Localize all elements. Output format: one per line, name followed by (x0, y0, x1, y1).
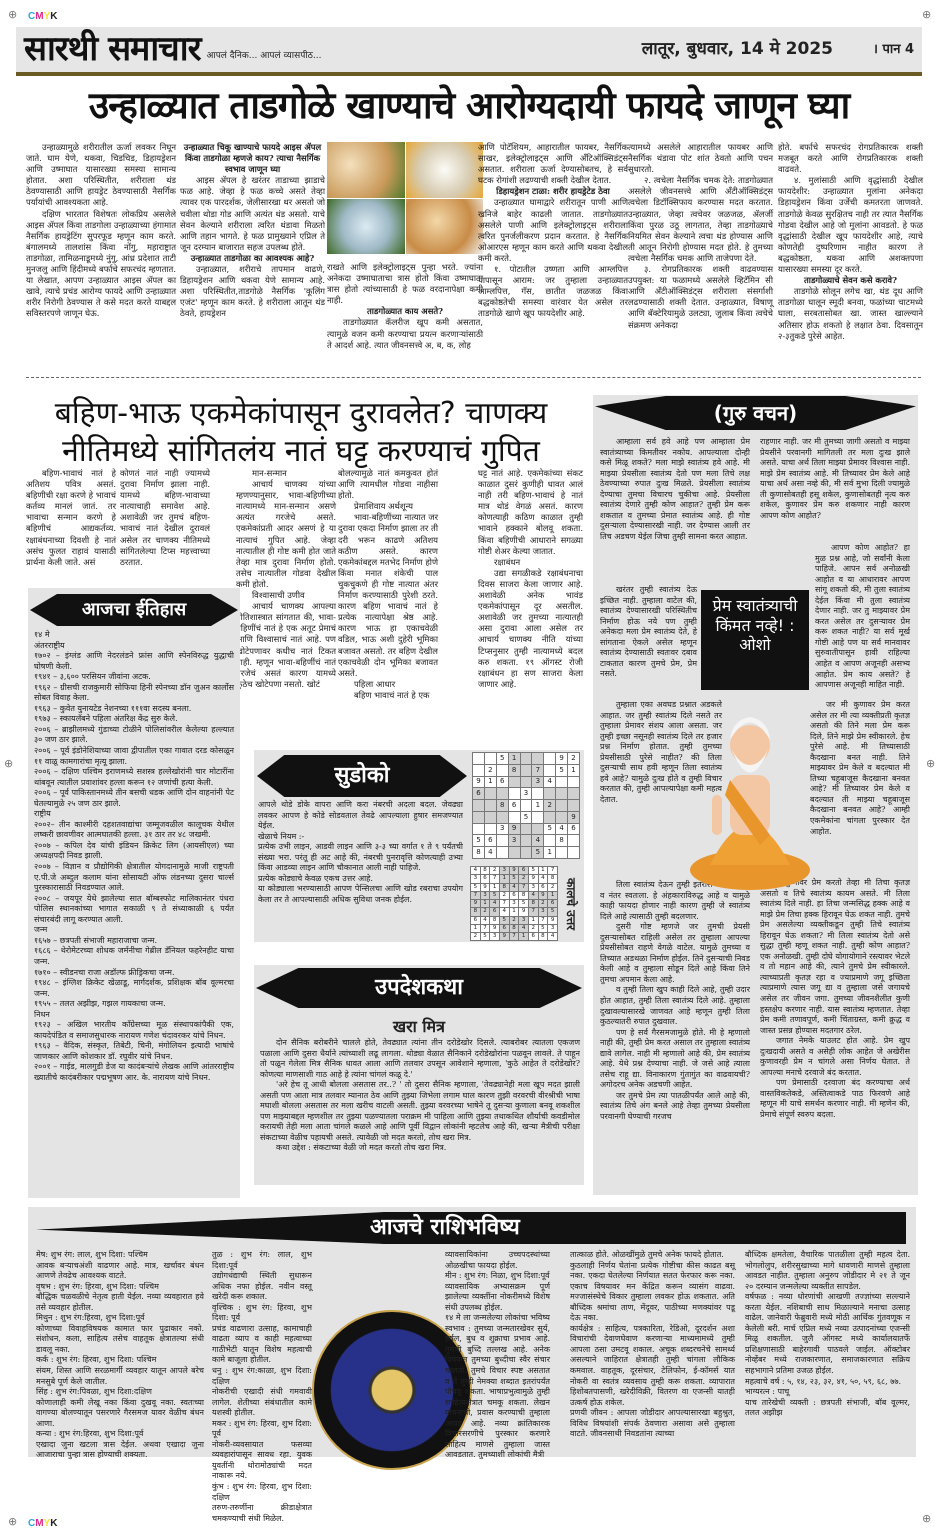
sudoku-cell[interactable]: 9 (508, 823, 520, 835)
sudoku-cell: 1 (528, 916, 538, 924)
horoscope-entry: वृषभ : शुभ रंग: हिरवा, शुभ दिशा: पश्चिम (36, 1282, 204, 1293)
sudoku-cell[interactable]: 3 (508, 835, 520, 847)
sudoku-cell[interactable] (520, 847, 532, 859)
sudoku-answer-grid: 4823965173671529485918473627352684919147… (470, 866, 558, 941)
sudoku-cell: 4 (528, 891, 538, 899)
sudoku-cell: 7 (538, 916, 548, 924)
page-number: । पान 4 (873, 41, 914, 58)
sudoku-cell: 2 (480, 908, 490, 916)
horoscope-entry: धनु : शुभ रंग:काळा, शुभ दिशा: दक्षिण (212, 1366, 312, 1387)
sudoku-cell: 9 (480, 883, 490, 891)
sudoku-cell[interactable]: 9 (568, 811, 580, 823)
sudoku-cell: 7 (499, 900, 509, 908)
sudoku-cell: 1 (499, 875, 509, 883)
sudoku-cell[interactable]: 6 (568, 823, 580, 835)
sudoku-cell[interactable]: 6 (508, 800, 520, 812)
horoscope-entry: कार्यक्षेत्र : साहित्य, पत्रकारिता, रेडि… (570, 1324, 735, 1408)
sudoku-cell[interactable]: 4 (544, 776, 556, 788)
sudoku-cell[interactable] (508, 776, 520, 788)
sudoku-cell[interactable] (473, 811, 485, 823)
history-entry: राष्ट्रीय (34, 809, 234, 820)
sudoku-cell[interactable]: 8 (556, 835, 568, 847)
sudoku-cell: 5 (480, 933, 490, 941)
sudoku-cell: 9 (509, 867, 519, 875)
horoscope-entry: तुळ : शुभ रंग: लाल, शुभ दिशा:पूर्व (212, 1250, 312, 1271)
sudoku-cell[interactable]: 7 (532, 764, 544, 776)
sudoku-cell[interactable] (568, 835, 580, 847)
sudoku-cell: 6 (538, 883, 548, 891)
sudoku-cell[interactable] (496, 847, 508, 859)
sudoku-cell: 4 (519, 924, 529, 932)
sudoku-cell: 9 (499, 933, 509, 941)
sudoku-cell[interactable]: 6 (484, 835, 496, 847)
chanakya-column-3: मान-सन्मान आचार्य चाणक्य यांच्या म्हणण्य… (236, 468, 336, 690)
sudoku-cell: 8 (471, 908, 481, 916)
guru-left-column-wrap: खरंतर तुम्ही स्वातंत्र्य देऊ इच्छित नाही… (600, 585, 697, 680)
horoscope-entry: याच तारेखेची व्यक्ती : छत्रपती संभाजी, ब… (745, 1398, 910, 1419)
horoscope-entry: कन्या : शुभ रंग:हिरवा, शुभ दिशा:पूर्व (36, 1429, 204, 1440)
sudoku-cell: 5 (471, 883, 481, 891)
sudoku-cell[interactable] (532, 788, 544, 800)
lead-column-4: आणि पोटॅशियम, आहारातील फायबर, नैसर्गिक स… (478, 142, 628, 320)
sudoku-cell[interactable]: 3 (496, 823, 508, 835)
history-entry: १७०२ – इंग्लंड आणि नेदरलंडने फ्रांस आणि … (34, 651, 234, 672)
horoscope-column-5: बौध्दिक क्षमतेला, वैचारिक पातळीला तुम्ही… (745, 1250, 910, 1419)
sudoku-cell[interactable] (544, 835, 556, 847)
sudoku-cell: 5 (499, 916, 509, 924)
sudoku-cell[interactable]: 1 (544, 847, 556, 859)
horoscope-entry: मिथुन : शुभ रंग:हिरवा, शुभ दिशा:पूर्व (36, 1313, 204, 1324)
sudoku-cell: 6 (519, 867, 529, 875)
history-entry: २००६ – पूर्व इंडोनेशियाच्या जावा द्वीपात… (34, 746, 234, 767)
guru-right-column-3: जर मी कुणावर प्रेम करत असेल तर मी त्या व… (810, 700, 910, 837)
sudoku-cell: 9 (519, 908, 529, 916)
sudoku-cell[interactable] (496, 764, 508, 776)
guru-right-column: राहणार नाही. जर मी तुमच्या जागी असतो व म… (760, 437, 910, 521)
sudoku-cell[interactable]: 8 (473, 847, 485, 859)
lead-column-3: राखते आणि इलेक्ट्रोलाइट्स पुन्हा भरते. ज… (327, 262, 483, 351)
horoscope-entry: बौद्धिक चळवळीचे नेतृत्व हाती येईल. नव्या… (36, 1292, 204, 1313)
sudoku-cell: 3 (519, 916, 529, 924)
sudoku-cell: 8 (499, 883, 509, 891)
history-entry: १७१० – स्वीडनचा राजा अडॉल्फ फ्रीड्रिकचा … (34, 968, 234, 979)
sudoku-cell[interactable] (556, 776, 568, 788)
registration-mark-icon: ⊕ (8, 8, 17, 23)
sudoku-cell: 3 (480, 891, 490, 899)
sudoku-cell: 7 (471, 891, 481, 899)
history-entry: २००७ – कपिल देव यांची इंडियन क्रिकेट लिग… (34, 841, 234, 862)
lead-headline: उन्हाळ्यात ताडगोळे खाण्याचे आरोग्यदायी फ… (16, 82, 922, 131)
sudoku-cell: 5 (548, 908, 558, 916)
sudoku-cell[interactable]: 4 (532, 835, 544, 847)
sudoku-cell[interactable] (544, 764, 556, 776)
horoscope-entry: मकर : शुभ रंग: हिरवा, शुभ दिशा: पूर्व (212, 1419, 312, 1440)
horoscope-entry: व्यावसायिक अभ्यासक्रम पूर्ण झालेल्या व्य… (445, 1282, 550, 1314)
sudoku-cell[interactable] (532, 753, 544, 765)
horoscope-entry: तात्काळ होते. ओळखींमुळे तुमचे अनेक फायदे… (570, 1250, 735, 1261)
chanakya-column-2: कोणतं नातं नाही ज्यामध्ये दुरावा निर्माण… (120, 468, 210, 568)
lead-column-1: उन्हाळ्यामुळे शरीरातील ऊर्जा लवकर निघून … (26, 142, 176, 320)
history-entry: २००६ – ब्राझीलमध्ये गुंडाच्या टोळीने पोल… (34, 725, 234, 746)
sudoku-cell[interactable]: 6 (473, 788, 485, 800)
sudoku-puzzle-grid[interactable]: 519228751916346386125939546563488451 (472, 752, 580, 859)
history-entry: २००६ – दक्षिण पश्चिम इराणमध्ये सशस्त्र ह… (34, 767, 234, 788)
sudoku-cell[interactable] (556, 788, 568, 800)
sudoku-cell: 8 (519, 891, 529, 899)
sudoku-cell[interactable] (496, 811, 508, 823)
sudoku-cell[interactable] (520, 764, 532, 776)
sudoku-cell[interactable]: 1 (508, 753, 520, 765)
horoscope-entry: एखादा जुना खटला त्रास देईल. अथवा एखादा ज… (36, 1440, 204, 1461)
sudoku-cell[interactable] (556, 800, 568, 812)
horoscope-entry: प्रचंड वाढणारा उत्साह, कामाचाही वाढता व्… (212, 1324, 312, 1366)
guru-left-column: आम्हाला सर्व हवे आहे पण आम्हाला प्रेम स्… (600, 437, 750, 542)
sudoku-cell: 7 (528, 908, 538, 916)
sudoku-cell: 3 (538, 908, 548, 916)
sudoku-cell[interactable]: 2 (568, 753, 580, 765)
sudoku-cell: 7 (480, 924, 490, 932)
horoscope-column-3: व्यावसायिकांना उच्चपदस्थांच्या ओळखीचा फा… (445, 1250, 550, 1461)
sudoku-cell[interactable] (484, 753, 496, 765)
sudoku-cell[interactable] (544, 753, 556, 765)
history-entry: जन्म (34, 925, 234, 936)
history-entry: १९७३ – स्कायलॅबने पहिला अंतरिक्ष केंद्र … (34, 714, 234, 725)
sudoku-cell[interactable]: 5 (532, 847, 544, 859)
sudoku-cell[interactable] (568, 847, 580, 859)
sudoku-cell: 6 (471, 916, 481, 924)
sudoku-cell[interactable] (532, 823, 544, 835)
sudoku-cell[interactable]: 2 (544, 800, 556, 812)
horoscope-entry: मीन : शुभ रंग: निळा, शुभ दिशा:पूर्व (445, 1271, 550, 1282)
sudoku-cell: 4 (480, 916, 490, 924)
registration-mark-icon: ⊕ (4, 757, 13, 772)
sudoku-cell: 5 (509, 875, 519, 883)
sudoku-cell[interactable] (473, 823, 485, 835)
horoscope-entry: आवक बऱ्याचअंशी वाढणार आहे. मात्र, खर्चाव… (36, 1261, 204, 1282)
sudoku-cell[interactable] (484, 823, 496, 835)
horoscope-entry: सिंह : शुभ रंग:पिवळा, शुभ दिशा:दक्षिण (36, 1387, 204, 1398)
sudoku-cell[interactable]: 5 (544, 823, 556, 835)
sudoku-cell[interactable]: 4 (484, 847, 496, 859)
horoscope-entry: महत्वाचे वर्ष : ५, १४, २३, ३२, ४१, ५०, ५… (745, 1377, 910, 1388)
sudoku-cell: 1 (471, 924, 481, 932)
sudoku-cell: 2 (499, 891, 509, 899)
sudoku-cell[interactable]: 3 (532, 776, 544, 788)
sudoku-cell[interactable] (568, 788, 580, 800)
masthead-rule (16, 72, 922, 76)
sudoku-cell: 2 (538, 900, 548, 908)
sudoku-cell[interactable]: 5 (473, 835, 485, 847)
registration-mark-icon: ⊕ (926, 757, 935, 772)
osho-quote-box: प्रेम स्वातंत्र्याची किंमत नव्हे! : ओशो (701, 590, 809, 690)
history-entry: २००७ – विज्ञान व प्रौद्योगिकी क्षेत्राती… (34, 862, 234, 894)
ice-apple-photo (327, 142, 483, 254)
sudoku-cell: 1 (548, 891, 558, 899)
sudoku-cell[interactable]: 8 (508, 764, 520, 776)
sudoku-cell[interactable] (568, 776, 580, 788)
sudoku-cell[interactable] (496, 788, 508, 800)
sudoku-cell: 4 (499, 908, 509, 916)
story-body: दोन सैनिक बरोबरीने चालले होते, तेवढ्यात … (260, 1038, 580, 1154)
sudoku-cell[interactable]: 8 (496, 800, 508, 812)
sudoku-cell: 8 (538, 933, 548, 941)
history-list: १४ मेअंतरराष्ट्रीय१७०२ – इंग्लंड आणि नेद… (34, 630, 234, 1084)
sudoku-cell[interactable]: 5 (496, 753, 508, 765)
sudoku-cell[interactable] (473, 764, 485, 776)
sudoku-cell: 5 (519, 900, 529, 908)
history-banner: आजचा ईतिहास (30, 594, 238, 626)
sudoku-cell: 3 (490, 933, 500, 941)
sudoku-cell: 6 (528, 933, 538, 941)
horoscope-entry: कोणालाही कमी लेखू नका किंवा दुखवू नका. स… (36, 1398, 204, 1430)
sudoku-cell: 4 (538, 875, 548, 883)
sudoku-cell: 4 (548, 933, 558, 941)
horoscope-entry: स्वभाव : तुमच्या जन्मतारखेवर सुर्य, हर्ष… (445, 1324, 550, 1461)
sudoku-cell: 1 (509, 908, 519, 916)
sudoku-cell: 2 (548, 883, 558, 891)
cmyk-label: CMYK (28, 1517, 57, 1530)
sudoku-cell: 3 (528, 883, 538, 891)
sudoku-cell: 4 (490, 900, 500, 908)
sudoku-cell: 4 (471, 867, 481, 875)
sudoku-cell: 3 (499, 867, 509, 875)
sudoku-cell: 5 (528, 867, 538, 875)
horoscope-entry: नोकरी-व्यवसायात फसव्या व्यवहारांपासून सा… (212, 1440, 312, 1482)
sudoku-cell[interactable] (520, 835, 532, 847)
lead-column-6: होते. बर्फाचे सफरचंद रोगप्रतिकारक शक्ती … (778, 142, 923, 342)
sudoku-cell[interactable] (484, 811, 496, 823)
sudoku-cell[interactable]: 6 (496, 776, 508, 788)
history-entry: १९५५ – तलत अझीझ, गझल गायकाचा जन्म. (34, 999, 234, 1010)
horoscope-entry: कोणाच्या विवाहविषयक कामात फार पुढाकार नक… (36, 1324, 204, 1356)
horoscope-entry: मेष: शुभ रंग: लाल, शुभ दिशा: पश्चिम (36, 1250, 204, 1261)
history-entry: १९६२ – ग्रीसची राजकुमारी सोफिया हिनी स्प… (34, 683, 234, 704)
history-entry: १९४१ – ३,६०० परसियन जीवांना अटक. (34, 672, 234, 683)
sudoku-cell[interactable] (544, 788, 556, 800)
sudoku-cell: 6 (548, 900, 558, 908)
chanakya-column-1: बहिण-भावाचं नातं हे अतिशय पवित्र असतं. ब… (26, 468, 116, 568)
registration-mark-icon: ⊕ (8, 1515, 17, 1530)
history-entry: १६५७ – छत्रपती संभाजी महाराजाचा जन्म. (34, 936, 234, 947)
registration-mark-icon: ⊕ (922, 1512, 931, 1527)
sudoku-cell[interactable]: 9 (556, 753, 568, 765)
sudoku-cell: 7 (519, 883, 529, 891)
history-entry: २००६ – पूर्व पाकिस्तानमध्ये तीन बसची धडक… (34, 788, 234, 809)
horoscope-entry: कुंभ : शुभ रंग: हिरवा, शुभ दिशा: दक्षिण (212, 1482, 312, 1503)
sudoku-cell: 5 (538, 924, 548, 932)
sudoku-instructions: आपले थोडे डोके वापरा आणि करा नंबरची अदला… (258, 800, 463, 905)
sudoku-cell[interactable] (556, 847, 568, 859)
lead-column-5: त्यामध्ये असलेले आहारातील फायबर आणि नैसर… (628, 142, 773, 331)
sudoku-cell[interactable] (568, 800, 580, 812)
horoscope-entry: व्यावसायिकांना उच्चपदस्थांच्या ओळखीचा फा… (445, 1250, 550, 1271)
sudoku-banner: सुडोको (257, 755, 467, 797)
sudoku-cell[interactable] (508, 788, 520, 800)
sudoku-cell: 3 (548, 924, 558, 932)
sudoku-cell: 9 (528, 875, 538, 883)
sudoku-cell: 8 (490, 916, 500, 924)
horoscope-entry: उद्योगधंद्याची स्थिती सुधारून अधिक नफा ह… (212, 1271, 312, 1303)
sudoku-cell[interactable]: 1 (484, 776, 496, 788)
history-entry: १४ मे (34, 630, 234, 641)
history-entry: १९६३ – कुवेत युनायटेड नेशनच्या १११वा सदस… (34, 704, 234, 715)
sudoku-cell: 5 (490, 891, 500, 899)
sudoku-cell: 7 (548, 867, 558, 875)
chanakya-column-5: घट्ट नातं आहे. एकमेकांच्या संकट काळात दु… (478, 468, 583, 690)
sudoku-cell[interactable]: 5 (520, 811, 532, 823)
horoscope-entry: वृश्चिक : शुभ रंग: हिरवा, शुभ दिशा: पूर्… (212, 1303, 312, 1324)
story-title: खरा मित्र (254, 1016, 584, 1037)
newspaper-tagline: आपलं दैनिक... आपलं व्यासपीठ... (207, 51, 322, 63)
story-banner: उपदेशकथा (256, 968, 582, 1008)
horoscope-column-1: मेष: शुभ रंग: लाल, शुभ दिशा: पश्चिमआवक ब… (36, 1250, 204, 1461)
sudoku-cell[interactable] (520, 800, 532, 812)
sudoku-cell[interactable] (556, 811, 568, 823)
history-entry: १६८६ – थेरोमेटरच्या शोधक जर्मनीचा गेब्री… (34, 946, 234, 967)
sudoku-cell: 8 (548, 875, 558, 883)
newspaper-title: सारथी समाचार (24, 27, 201, 72)
horoscope-entry: प्रणयी जीवन : आपला जोडीदार आपल्यासारखा ब… (570, 1408, 735, 1440)
horoscope-entry: कर्क : शुभ रंग: हिरवा, शुभ दिशा: पश्चिम (36, 1355, 204, 1366)
sudoku-cell: 6 (480, 875, 490, 883)
sudoku-cell[interactable] (544, 811, 556, 823)
sudoku-cell: 1 (480, 900, 490, 908)
horoscope-entry: संयम, शिस्त आणि सरळमार्गी व्यवहार यातून … (36, 1366, 204, 1387)
history-entry: अंतरराष्ट्रीय (34, 641, 234, 652)
section-divider (26, 377, 921, 378)
masthead: सारथी समाचार आपलं दैनिक... आपलं व्यासपीठ… (16, 27, 922, 72)
sudoku-cell: 7 (490, 875, 500, 883)
sudoku-cell: 9 (548, 916, 558, 924)
guru-right-column-4: जर मी कुणावर प्रेम करतो तेव्हा मी तिचा क… (760, 878, 910, 1121)
meditating-sage-illustration (690, 695, 810, 890)
sudoku-cell: 1 (490, 883, 500, 891)
sudoku-cell[interactable] (520, 776, 532, 788)
history-entry: २००८ – जयपूर येथे झालेल्या सात बॉम्बस्फो… (34, 894, 234, 926)
sudoku-cell[interactable]: 9 (473, 776, 485, 788)
horoscope-entry: १४ मे ला जन्मलेल्या लोकांचा भविष्य (445, 1313, 550, 1324)
horoscope-entry: नोकरीची एखादी संधी गमवावी लागेल. शेतीच्य… (212, 1387, 312, 1419)
sudoku-cell[interactable] (496, 835, 508, 847)
dateline: लातूर, बुधवार, 14 मे 2025 (642, 38, 833, 60)
history-entry: २००२– तीन काश्मीरी दहशतवाद्यांचा जम्मूजव… (34, 820, 234, 841)
sudoku-cell: 2 (490, 867, 500, 875)
sudoku-cell: 2 (528, 924, 538, 932)
horoscope-entry: बौध्दिक क्षमतेला, वैचारिक पातळीला तुम्ही… (745, 1250, 910, 1292)
sudoku-cell: 9 (538, 891, 548, 899)
horoscope-title: आजचे राशिभविष्य (370, 1212, 520, 1244)
horoscope-entry: भाग्यरत्न : पाचू (745, 1387, 910, 1398)
sudoku-cell: 8 (480, 867, 490, 875)
sudoku-cell[interactable]: 1 (532, 800, 544, 812)
guru-right-column-wrap: आपण कोण आहोत? हा मुळ प्रश्न आहे, जो सर्व… (815, 543, 910, 691)
horoscope-entry: तरुण-तरुणींना क्रीडाक्षेत्रात चमकण्याची … (212, 1503, 312, 1524)
sudoku-cell: 9 (490, 924, 500, 932)
horoscope-entry: वर्षफळ : नव्या धोरणांची आखणी तज्ज्ञांच्य… (745, 1292, 910, 1376)
history-entry: १९४८ – इंग्लिश क्रिकेट खेळाडू, मार्गदर्श… (34, 978, 234, 999)
sudoku-cell: 8 (509, 924, 519, 932)
sudoku-cell[interactable] (520, 823, 532, 835)
sudoku-cell[interactable] (520, 753, 532, 765)
sudoku-cell[interactable]: 5 (556, 764, 568, 776)
sudoku-cell[interactable] (532, 811, 544, 823)
sudoku-cell: 6 (499, 924, 509, 932)
sudoku-cell: 1 (538, 867, 548, 875)
horoscope-column-2: तुळ : शुभ रंग: लाल, शुभ दिशा:पूर्वउद्योग… (212, 1250, 312, 1524)
sudoku-cell[interactable]: 1 (568, 764, 580, 776)
lead-column-2: उन्हाळ्यात चिकू खाण्याचे फायदे आइस ॲपल क… (180, 142, 325, 320)
guru-left-column-4: तिला स्वातंत्र्य देऊन तुम्ही इतरास पहिले… (600, 880, 750, 1123)
sudoku-cell: 3 (471, 875, 481, 883)
answer-label: कालचे उत्तर (562, 878, 578, 930)
sudoku-cell[interactable] (508, 847, 520, 859)
sudoku-cell: 2 (519, 875, 529, 883)
sudoku-cell[interactable] (508, 811, 520, 823)
sudoku-cell: 6 (509, 891, 519, 899)
history-entry: १९२३ – अखिल भारतीय काँग्रेसच्या मूळ संस्… (34, 1020, 234, 1041)
sudoku-cell: 1 (519, 933, 529, 941)
sudoku-cell[interactable] (473, 800, 485, 812)
sudoku-cell[interactable]: 3 (520, 788, 532, 800)
sudoku-cell[interactable]: 2 (484, 764, 496, 776)
sudoku-cell: 7 (509, 933, 519, 941)
sudoku-cell: 2 (509, 916, 519, 924)
sudoku-cell[interactable] (473, 753, 485, 765)
sudoku-cell: 3 (509, 900, 519, 908)
history-entry: १९६३ – वैदिक, संस्कृत, तिबेटी, चिनी, मंग… (34, 1041, 234, 1062)
sudoku-cell: 9 (471, 900, 481, 908)
horoscope-column-4: तात्काळ होते. ओळखींमुळे तुमचे अनेक फायदे… (570, 1250, 735, 1440)
chanakya-column-4: बोलल्यामुळे नातं कमकुवत होतं आणि त्यामधी… (338, 468, 438, 701)
sudoku-cell: 4 (509, 883, 519, 891)
sudoku-cell: 8 (528, 900, 538, 908)
chanakya-headline: बहिण-भाऊ एकमेकांपासून दुरावलेत? चाणक्य न… (16, 395, 586, 470)
history-entry: २००१ – गाईड, मालगुडी डेज या कादंबऱ्यांचे… (34, 1062, 234, 1083)
sudoku-cell[interactable] (484, 800, 496, 812)
sudoku-cell[interactable]: 4 (556, 823, 568, 835)
history-entry: निधन (34, 1010, 234, 1021)
sudoku-cell: 6 (490, 908, 500, 916)
sudoku-cell: 2 (471, 933, 481, 941)
cmyk-label: CMYK (28, 10, 57, 23)
horoscope-entry: कुठलाही निर्णय घेतांना प्रत्येक गोष्टीचा… (570, 1261, 735, 1324)
sudoku-cell[interactable] (484, 788, 496, 800)
registration-mark-icon: ⊕ (922, 8, 931, 23)
